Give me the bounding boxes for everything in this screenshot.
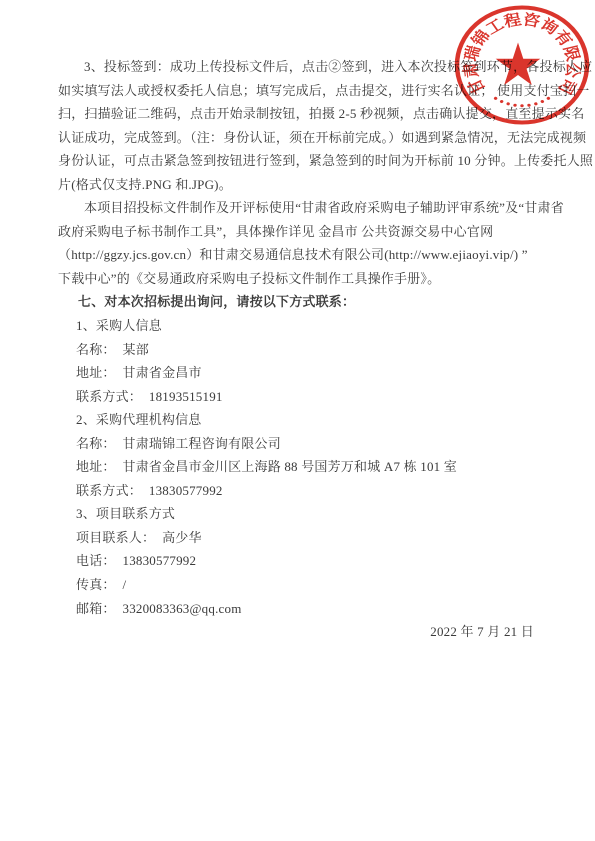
text-line: 项目联系人： 高少华 [58,526,538,550]
paragraph-tools: 本项目招投标文件制作及开评标使用“甘肃省政府采购电子辅助评审系统”及“甘肃省政府… [58,196,538,290]
document-date: 2022 年 7 月 21 日 [58,620,538,644]
text-line: 1、采购人信息 [58,314,538,338]
contact-info-list: 1、采购人信息名称： 某部地址： 甘肃省金昌市联系方式： 18193515191… [58,314,538,620]
text-line: 身份认证，可点击紧急签到按钮进行签到，紧急签到的时间为开标前 10 分钟。上传委… [58,149,538,173]
text-line: 电话： 13830577992 [58,549,538,573]
svg-text:咨: 咨 [521,10,541,30]
document-body: 3、投标签到：成功上传投标文件后，点击②签到，进入本次投标签到环节，各投标人应如… [58,55,538,644]
text-line: 认证成功，完成签到。（注：身份认证，须在开标前完成。）如遇到紧急情况，无法完成视… [58,126,538,150]
text-line: 下载中心”的《交易通政府采购电子投标文件制作工具操作手册》。 [58,267,538,291]
text-line: 联系方式： 13830577992 [58,479,538,503]
text-line: 地址： 甘肃省金昌市 [58,361,538,385]
text-line: 邮箱： 3320083363@qq.com [58,597,538,621]
text-line: 传真： / [58,573,538,597]
svg-text:询: 询 [537,15,562,38]
svg-text:程: 程 [502,10,523,30]
text-line: 联系方式： 18193515191 [58,385,538,409]
text-line: （http://ggzy.jcs.gov.cn）和甘肃交易通信息技术有限公司(h… [58,243,538,267]
section-heading: 七、对本次招标提出询问，请按以下方式联系： [58,290,538,314]
text-line: 政府采购电子标书制作工具”，具体操作详见 金昌市 公共资源交易中心官网 [58,220,538,244]
text-line: 片(格式仅支持.PNG 和.JPG)。 [58,173,538,197]
text-line: 本项目招投标文件制作及开评标使用“甘肃省政府采购电子辅助评审系统”及“甘肃省 [58,196,538,220]
text-line: 地址： 甘肃省金昌市金川区上海路 88 号国芳万和城 A7 栋 101 室 [58,455,538,479]
svg-text:有: 有 [550,27,576,50]
text-line: 名称： 甘肃瑞锦工程咨询有限公司 [58,432,538,456]
text-line: 3、项目联系方式 [58,502,538,526]
text-line: 3、投标签到：成功上传投标文件后，点击②签到，进入本次投标签到环节，各投标人应 [58,55,538,79]
text-line: 扫，扫描验证二维码，点击开始录制按钮，拍摄 2-5 秒视频，点击确认提交，直至提… [58,102,538,126]
svg-text:工: 工 [483,17,507,38]
text-line: 如实填写法人或授权委托人信息；填写完成后，点击提交，进行实名认证； 使用支付宝扫… [58,79,538,103]
paragraph-sign-in: 3、投标签到：成功上传投标文件后，点击②签到，进入本次投标签到环节，各投标人应如… [58,55,538,196]
document-page: 3、投标签到：成功上传投标文件后，点击②签到，进入本次投标签到环节，各投标人应如… [0,0,595,841]
text-line: 名称： 某部 [58,338,538,362]
svg-text:锦: 锦 [467,27,494,50]
text-line: 2、采购代理机构信息 [58,408,538,432]
